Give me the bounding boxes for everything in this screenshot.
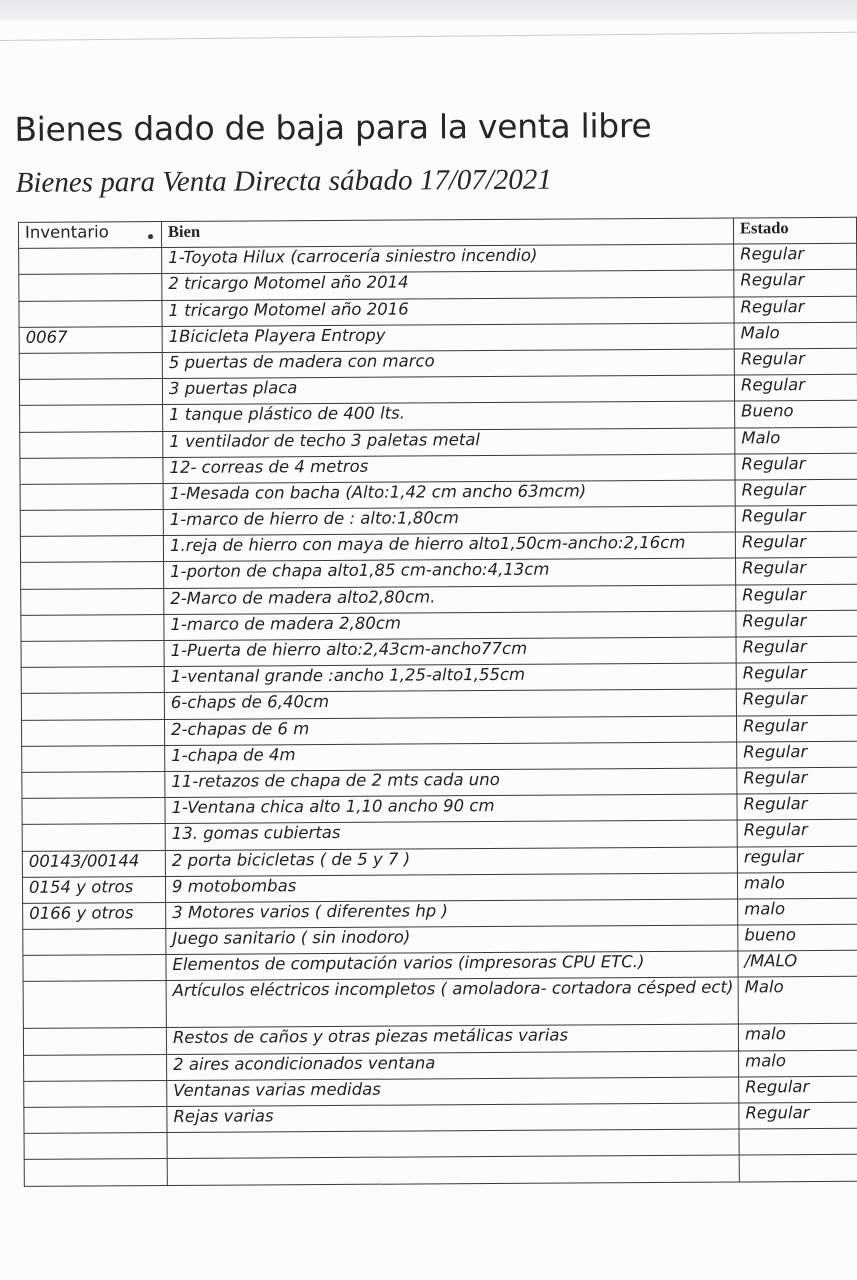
cell-bien: 12- correas de 4 metros — [163, 454, 735, 484]
cell-bien: 1-marco de madera 2,80cm — [164, 611, 736, 641]
cell-estado: Regular — [734, 348, 857, 375]
page-subtitle: Bienes para Venta Directa sábado 17/07/2… — [16, 164, 552, 200]
cell-inventario — [20, 457, 163, 484]
table-body: 1-Toyota Hilux (carrocería siniestro inc… — [19, 243, 857, 1185]
cell-inventario — [22, 771, 165, 798]
cell-inventario — [21, 562, 164, 589]
cell-bien: 2 aires acondicionados ventana — [167, 1051, 739, 1081]
cell-estado: Regular — [737, 793, 857, 820]
cell-estado: Malo — [734, 322, 857, 349]
cell-bien: 1-Puerta de hierro alto:2,43cm-ancho77cm — [164, 637, 736, 667]
cell-estado: Regular — [736, 558, 857, 585]
cell-estado: Regular — [736, 662, 857, 689]
cell-inventario — [21, 719, 164, 746]
cell-estado: Regular — [736, 715, 857, 742]
cell-inventario — [22, 824, 165, 851]
cell-inventario — [23, 929, 166, 956]
cell-inventario: 0154 y otros — [22, 876, 165, 903]
cell-estado: Regular — [736, 610, 857, 637]
cell-inventario — [20, 405, 163, 432]
cell-bien: Juego sanitario ( sin inodoro) — [166, 925, 738, 955]
cell-estado: Regular — [736, 689, 857, 716]
cell-bien: 11-retazos de chapa de 2 mts cada uno — [165, 768, 737, 798]
cell-inventario — [23, 955, 166, 982]
cell-bien: 1-marco de hierro de : alto:1,80cm — [163, 506, 735, 536]
cell-bien: 1Bicicleta Playera Entropy — [162, 323, 734, 353]
cell-estado: Regular — [737, 820, 857, 847]
cell-estado: Malo — [738, 977, 857, 1025]
cell-inventario — [20, 536, 163, 563]
cell-inventario — [22, 745, 165, 772]
cell-inventario — [21, 614, 164, 641]
cell-estado: malo — [738, 1024, 857, 1051]
cell-bien: 1-chapa de 4m — [165, 742, 737, 772]
cell-bien: 2 porta bicicletas ( de 5 y 7 ) — [165, 847, 737, 877]
cell-estado: Regular — [734, 270, 857, 297]
cell-bien: 1-Ventana chica alto 1,10 ancho 90 cm — [165, 794, 737, 824]
cell-inventario — [21, 693, 164, 720]
cell-estado: Regular — [735, 453, 857, 480]
cell-estado: Regular — [737, 767, 857, 794]
cell-estado: Regular — [737, 741, 857, 768]
cell-inventario — [19, 300, 162, 327]
cell-estado: Regular — [735, 479, 857, 506]
cell-estado — [739, 1128, 857, 1155]
cell-bien: 1 ventilador de techo 3 paletas metal — [163, 428, 735, 458]
cell-bien: Ventanas varias medidas — [167, 1077, 739, 1107]
cell-inventario — [24, 1054, 167, 1081]
cell-inventario — [24, 1080, 167, 1107]
inventory-table: Inventario Bien Estado 1-Toyota Hilux (c… — [18, 217, 857, 1187]
cell-estado: Regular — [739, 1102, 857, 1129]
cell-inventario — [21, 588, 164, 615]
cell-estado: Malo — [735, 427, 857, 454]
cell-inventario — [21, 641, 164, 668]
cell-inventario: 0067 — [19, 326, 162, 353]
ink-dot-mark — [148, 234, 153, 239]
cell-inventario — [20, 431, 163, 458]
cell-inventario — [23, 981, 166, 1029]
cell-inventario — [19, 274, 162, 301]
cell-inventario — [19, 379, 162, 406]
cell-inventario — [20, 483, 163, 510]
cell-inventario — [24, 1159, 167, 1186]
cell-bien: 1 tricargo Motomel año 2016 — [162, 297, 734, 327]
cell-estado: Regular — [735, 505, 857, 532]
cell-bien: 5 puertas de madera con marco — [162, 349, 734, 379]
cell-estado: bueno — [738, 924, 857, 951]
cell-bien: 1 tanque plástico de 400 lts. — [163, 401, 735, 431]
cell-estado: malo — [738, 898, 857, 925]
cell-bien: 1-Mesada con bacha (Alto:1,42 cm ancho 6… — [163, 480, 735, 510]
cell-bien — [167, 1129, 739, 1159]
cell-bien: 1.reja de hierro con maya de hierro alto… — [163, 532, 735, 562]
cell-inventario — [24, 1106, 167, 1133]
cell-bien: Restos de caños y otras piezas metálicas… — [166, 1024, 738, 1054]
cell-bien: 1-ventanal grande :ancho 1,25-alto1,55cm — [164, 663, 736, 693]
cell-bien: 1-Toyota Hilux (carrocería siniestro inc… — [162, 244, 734, 274]
cell-bien: 1-porton de chapa alto1,85 cm-ancho:4,13… — [164, 558, 736, 588]
cell-inventario — [23, 1028, 166, 1055]
cell-bien: Rejas varias — [167, 1103, 739, 1133]
cell-bien: 2-Marco de madera alto2,80cm. — [164, 585, 736, 615]
cell-bien: 13. gomas cubiertas — [165, 820, 737, 850]
cell-inventario — [19, 352, 162, 379]
cell-inventario: 00143/00144 — [22, 850, 165, 877]
cell-bien — [167, 1155, 739, 1185]
cell-estado: /MALO — [738, 951, 857, 978]
cell-estado: malo — [739, 1050, 857, 1077]
cell-inventario — [20, 510, 163, 537]
cell-bien: Artículos eléctricos incompletos ( amola… — [166, 977, 738, 1027]
cell-estado: Regular — [739, 1076, 857, 1103]
document-sheet: Bienes dado de baja para la venta libre … — [0, 0, 857, 1280]
cell-inventario — [21, 667, 164, 694]
table-row — [24, 1155, 857, 1186]
cell-estado: malo — [737, 872, 857, 899]
cell-inventario — [22, 798, 165, 825]
column-header-estado: Estado — [733, 217, 856, 244]
cell-estado: Regular — [734, 374, 857, 401]
column-header-bien: Bien — [161, 218, 733, 248]
page-title: Bienes dado de baja para la venta libre — [14, 106, 651, 149]
table-row: Artículos eléctricos incompletos ( amola… — [23, 977, 857, 1029]
cell-inventario: 0166 y otros — [23, 902, 166, 929]
cell-estado: Bueno — [735, 401, 857, 428]
column-header-inventario: Inventario — [18, 222, 161, 249]
cell-inventario — [24, 1133, 167, 1160]
cell-bien: 2 tricargo Motomel año 2014 — [162, 270, 734, 300]
cell-inventario — [19, 248, 162, 275]
cell-estado: Regular — [735, 532, 857, 559]
cell-estado: Regular — [734, 243, 857, 270]
cell-bien: 3 puertas placa — [162, 375, 734, 405]
cell-bien: Elementos de computación varios (impreso… — [166, 951, 738, 981]
cell-bien: 2-chapas de 6 m — [164, 716, 736, 746]
cell-estado: regular — [737, 846, 857, 873]
cell-estado: Regular — [736, 584, 857, 611]
cell-bien: 6-chaps de 6,40cm — [164, 689, 736, 719]
cell-estado — [739, 1155, 857, 1182]
cell-bien: 3 Motores varios ( diferentes hp ) — [166, 899, 738, 929]
cell-bien: 9 motobombas — [165, 873, 737, 903]
cell-estado: Regular — [736, 636, 857, 663]
cell-estado: Regular — [734, 296, 857, 323]
